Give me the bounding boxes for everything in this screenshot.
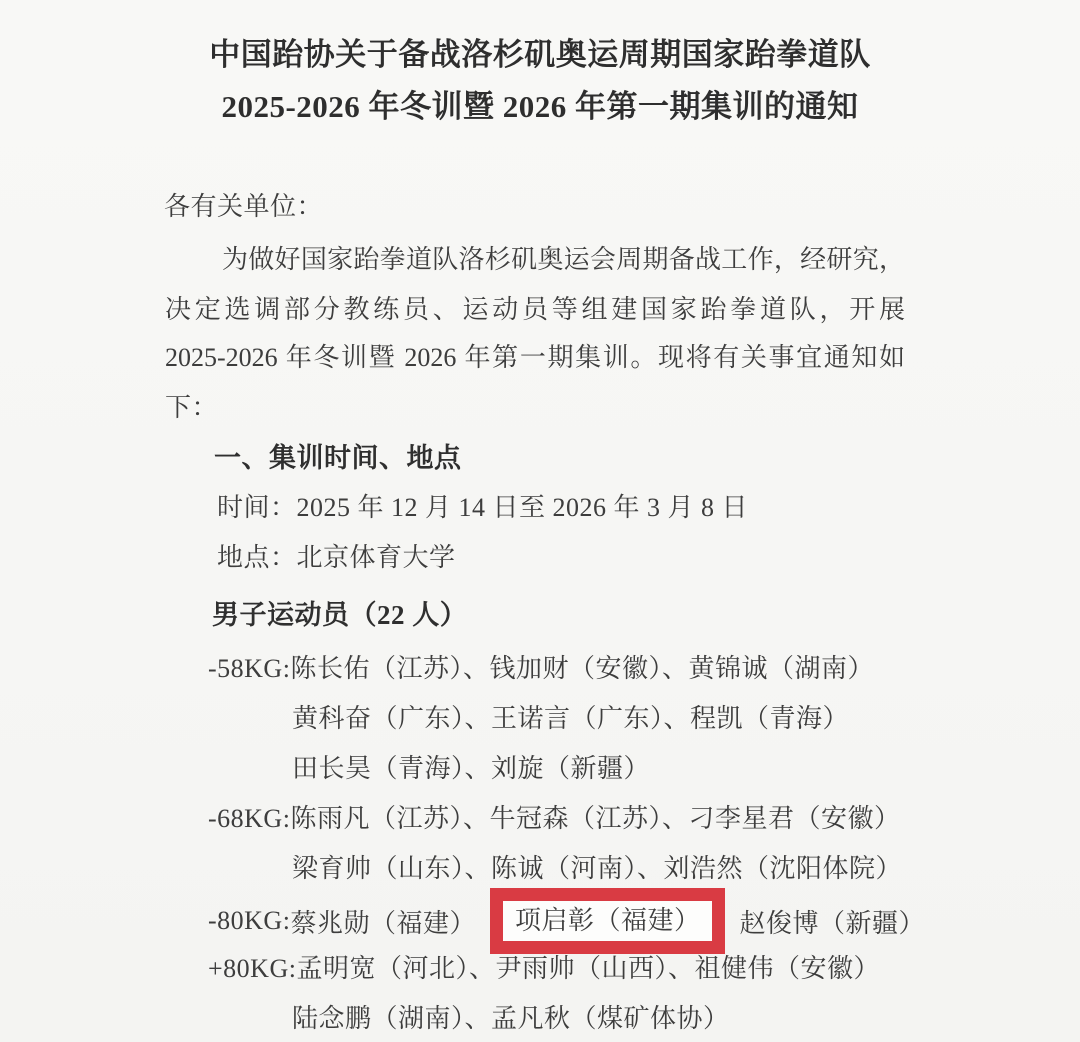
roster-heading-men: 男子运动员（22 人） <box>212 597 467 633</box>
weight-class-label: -68KG: <box>208 804 290 833</box>
intro-line-2: 决定选调部分教练员、运动员等组建国家跆拳道队，开展 <box>165 292 905 328</box>
weight-class-label: -80KG: <box>208 906 290 936</box>
roster-row-58kg: -58KG:陈长佑（江苏）、钱加财（安徽）、黄锦诚（湖南） <box>208 651 874 687</box>
athlete-names-before-highlight: 蔡兆勋（福建） <box>290 903 476 940</box>
section-heading-time-location: 一、集训时间、地点 <box>214 440 462 476</box>
weight-class-label: +80KG: <box>208 954 296 983</box>
roster-row-plus80kg: +80KG:孟明宽（河北）、尹雨帅（山西）、祖健伟（安徽） <box>208 951 880 987</box>
roster-row-58kg-cont1: 黄科奋（广东）、王诺言（广东）、程凯（青海） <box>292 701 849 737</box>
salutation: 各有关单位： <box>164 189 323 225</box>
highlight-box-red: 项启彰（福建） <box>490 888 726 954</box>
athlete-names: 陈雨凡（江苏）、牛冠森（江苏）、刁李星君（安徽） <box>290 804 900 833</box>
document-page: 中国跆协关于备战洛杉矶奥运周期国家跆拳道队 2025-2026 年冬训暨 202… <box>0 0 1080 1042</box>
camp-time-line: 时间：2025 年 12 月 14 日至 2026 年 3 月 8 日 <box>217 490 748 526</box>
camp-location-line: 地点：北京体育大学 <box>217 540 456 576</box>
athlete-names-after-highlight: 赵俊博（新疆） <box>739 903 925 940</box>
document-title-line-2: 2025-2026 年冬训暨 2026 年第一期集训的通知 <box>0 85 1080 129</box>
weight-class-label: -58KG: <box>208 654 290 683</box>
roster-row-80kg: -80KG:蔡兆勋（福建） 项启彰（福建） 赵俊博（新疆） <box>208 886 925 956</box>
highlighted-athlete-name: 项启彰（福建） <box>515 906 701 935</box>
document-title-line-1: 中国跆协关于备战洛杉矶奥运周期国家跆拳道队 <box>0 33 1080 77</box>
roster-row-plus80kg-cont1: 陆念鹏（湖南）、孟凡秋（煤矿体协） <box>292 1001 730 1037</box>
roster-row-58kg-cont2: 田长昊（青海）、刘旋（新疆） <box>292 751 650 787</box>
roster-row-68kg: -68KG:陈雨凡（江苏）、牛冠森（江苏）、刁李星君（安徽） <box>208 801 900 837</box>
roster-row-68kg-cont1: 梁育帅（山东）、陈诚（河南）、刘浩然（沈阳体院） <box>292 851 902 887</box>
intro-line-1: 为做好国家跆拳道队洛杉矶奥运会周期备战工作，经研究， <box>222 242 905 278</box>
intro-line-4: 下： <box>165 390 218 426</box>
intro-line-3: 2025-2026 年冬训暨 2026 年第一期集训。现将有关事宜通知如 <box>165 340 905 376</box>
athlete-names: 孟明宽（河北）、尹雨帅（山西）、祖健伟（安徽） <box>296 954 880 983</box>
athlete-names: 陈长佑（江苏）、钱加财（安徽）、黄锦诚（湖南） <box>290 654 874 683</box>
